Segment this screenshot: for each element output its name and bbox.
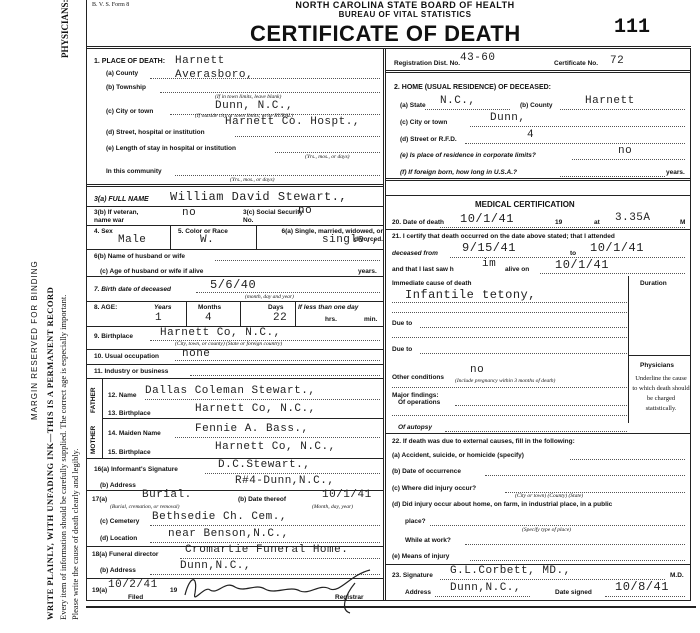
home-state-value: N.C., — [440, 95, 476, 107]
certificate-number-label: Certificate No. — [554, 60, 598, 67]
death-township-value: Averasboro, — [175, 69, 253, 81]
external-d-label: (d) Did injury occur about home, on farm… — [392, 501, 612, 508]
death-stay-line — [275, 152, 380, 153]
spouse-label: 6(b) Name of husband or wife — [94, 253, 185, 260]
attended-to-label: to — [570, 250, 576, 257]
registration-dist-label: Registration Dist. No. — [394, 60, 460, 67]
age-months-label: Months — [198, 304, 221, 311]
marital-value: single., — [322, 234, 379, 246]
home-city-label: (c) City or town — [400, 119, 447, 126]
registration-rule — [386, 70, 691, 73]
external-e-line — [470, 560, 685, 561]
death-time-m: M — [680, 219, 685, 226]
death-city-label: (c) City or town — [106, 108, 153, 115]
death-time-value: 3.35A — [615, 212, 651, 224]
industry-line — [190, 375, 380, 376]
home-state-label: (a) State — [400, 102, 426, 109]
external-a-line — [570, 459, 685, 460]
last-saw-label: and that I last saw h — [392, 266, 454, 273]
immediate-cause-value: Infantile tetony, — [405, 288, 536, 302]
due-to-2-label: Due to — [392, 346, 412, 353]
immediate-cause-label: Immediate cause of death — [392, 280, 471, 287]
birthplace-value: Harnett Co, N.C., — [160, 327, 281, 339]
age-days-value: 22 — [273, 312, 287, 324]
rule — [386, 195, 691, 196]
operations-line-2 — [392, 415, 627, 416]
birth-date-value: 5/6/40 — [210, 278, 256, 292]
filed-date-value: 10/2/41 — [108, 579, 158, 591]
funeral-director-label: 18(a) Funeral director — [92, 551, 158, 558]
attended-from-value: 9/15/41 — [462, 241, 516, 255]
disposition-label: 17(a) — [92, 496, 107, 503]
rule — [86, 225, 384, 226]
father-name-label: 12. Name — [108, 392, 137, 399]
age-years-label: Years — [154, 304, 171, 311]
date-signed-label: Date signed — [555, 589, 592, 596]
full-name-label: 3(a) FULL NAME — [94, 196, 149, 203]
other-conditions-note: (Include pregnancy within 3 months of de… — [455, 378, 555, 384]
ssn-label: 3(c) Social Security No. — [243, 209, 305, 225]
duration-label: Duration — [640, 280, 667, 287]
birth-date-note: (month, day and year) — [245, 294, 294, 300]
birthplace-label: 9. Birthplace — [94, 333, 133, 340]
rule — [186, 302, 187, 326]
home-foreign-label: (f) If foreign born, how long in U.S.A.? — [400, 169, 517, 176]
external-heading: 22. If death was due to external causes,… — [392, 438, 575, 445]
rule — [295, 302, 296, 326]
informant-signature-label: 16(a) Informant's Signature — [94, 466, 178, 473]
death-county-value: Harnett — [175, 55, 225, 67]
section-rule-right — [386, 178, 691, 181]
margin-info-line: Every item of information should be care… — [58, 295, 68, 620]
mother-birthplace-label: 15. Birthplace — [108, 449, 151, 456]
autopsy-label: Of autopsy — [398, 424, 432, 431]
while-at-work-label: While at work? — [405, 537, 451, 544]
location-label: (d) Location — [100, 535, 137, 542]
home-street-line — [465, 143, 685, 144]
home-city-line — [470, 126, 685, 127]
death-township-line — [160, 92, 380, 93]
date-signed-line — [605, 596, 685, 597]
occupation-label: 10. Usual occupation — [94, 353, 159, 360]
medical-heading: MEDICAL CERTIFICATION — [475, 200, 575, 209]
spouse-line — [215, 260, 380, 261]
while-at-work-line — [465, 544, 685, 545]
informant-signature-line — [205, 473, 380, 474]
alive-on-value: 10/1/41 — [555, 258, 609, 272]
major-findings-label: Major findings: — [392, 392, 439, 399]
rule — [86, 378, 384, 379]
home-foreign-line — [560, 176, 665, 177]
veteran-value: no — [182, 207, 196, 219]
home-corporate-label: (e) Is place of residence in corporate l… — [400, 152, 536, 159]
bottom-rule — [86, 600, 691, 601]
form-number: B. V. S. Form 8 — [92, 2, 129, 8]
death-stay-note: (Yrs., mos., or days) — [305, 154, 349, 160]
rule — [386, 433, 691, 434]
external-c-label: (c) Where did injury occur? — [392, 485, 476, 492]
cemetery-value: Bethsedie Ch. Cem., — [152, 511, 287, 523]
external-e-label: (e) Means of injury — [392, 553, 449, 560]
home-heading: 2. HOME (USUAL RESIDENCE) OF DECEASED: — [394, 84, 551, 91]
stamp-number: 111 — [614, 16, 650, 39]
alive-on-line — [540, 273, 685, 274]
signature-address-label: Address — [405, 589, 431, 596]
death-time-at: at — [594, 219, 600, 226]
due-to-1-line — [420, 327, 627, 328]
other-conditions-label: Other conditions — [392, 374, 444, 381]
other-conditions-value: no — [470, 364, 484, 376]
due-to-2-line — [420, 353, 627, 354]
due-to-1-line-2 — [392, 337, 627, 338]
father-name-value: Dallas Coleman Stewart., — [145, 385, 315, 397]
location-value: near Benson,N.C., — [168, 528, 289, 540]
informant-address-value: R#4-Dunn,N.C., — [235, 475, 334, 487]
father-name-line — [145, 399, 380, 400]
funeral-address-label: (b) Address — [100, 567, 136, 574]
birth-date-line — [196, 292, 380, 293]
father-birthplace-value: Harnett Co, N.C., — [195, 403, 316, 415]
death-county-label: (a) County — [106, 70, 138, 77]
death-township-label: (b) Township — [106, 84, 146, 91]
mother-name-value: Fennie A. Bass., — [195, 423, 309, 435]
attended-from-label: deceased from — [392, 250, 438, 257]
disposition-value: Burial. — [142, 489, 192, 501]
rule — [386, 229, 691, 230]
cemetery-line — [150, 525, 380, 526]
death-stay-label: (e) Length of stay in hospital or instit… — [106, 145, 236, 152]
death-street-value: Harnett Co. Hospt., — [225, 116, 360, 128]
home-corporate-line — [572, 159, 685, 160]
spouse-age-label: (c) Age of husband or wife if alive — [100, 268, 203, 275]
informant-address-label: (b) Address — [100, 482, 136, 489]
registration-dist-value: 43-60 — [460, 52, 496, 64]
filed-nineteen: 19 — [170, 587, 177, 594]
age-years-value: 1 — [155, 312, 162, 324]
margin-write-plainly: WRITE PLAINLY, WITH UNFADING INK—THIS IS… — [45, 287, 55, 620]
filed-label: 19(a) — [92, 587, 107, 594]
certify-text: 21. I certify that death occurred on the… — [392, 233, 615, 240]
home-county-line — [560, 109, 685, 110]
rule — [86, 349, 384, 350]
signature-value: G.L.Corbett, MD., — [450, 565, 571, 577]
rule — [102, 418, 384, 419]
less-than-day-label: If less than one day — [298, 304, 358, 311]
funeral-director-value: Cromartie Funeral Home. — [185, 544, 348, 556]
certificate-number-value: 72 — [610, 55, 624, 67]
external-b-line — [485, 475, 685, 476]
column-divider — [383, 48, 386, 600]
operations-line — [455, 405, 627, 406]
death-date-line — [440, 227, 685, 228]
operations-label: Of operations — [398, 399, 440, 406]
age-months-value: 4 — [205, 312, 212, 324]
attended-to-value: 10/1/41 — [590, 241, 644, 255]
ssn-value: no — [298, 205, 312, 217]
mother-birthplace-value: Harnett Co, N.C., — [215, 441, 336, 453]
signature-address-value: Dunn,N.C., — [450, 582, 521, 594]
spouse-age-suffix: years. — [358, 268, 377, 275]
cause-line-2 — [392, 312, 627, 313]
race-value: W. — [200, 234, 214, 246]
signature-md: M.D. — [670, 572, 684, 579]
frame-right — [690, 48, 691, 600]
location-line — [150, 542, 380, 543]
place-of-death-heading: 1. PLACE OF DEATH: — [94, 58, 165, 65]
header-rule — [86, 46, 691, 49]
due-to-1-label: Due to — [392, 320, 412, 327]
rule — [240, 302, 241, 326]
death-date-nineteen: 19 — [555, 219, 562, 226]
death-city-value: Dunn, N.C., — [215, 100, 293, 112]
external-c-note: (City or town) (County) (State) — [515, 493, 583, 499]
home-corporate-value: no — [618, 145, 632, 157]
full-name-value: William David Stewart., — [170, 190, 347, 204]
autopsy-line — [445, 431, 627, 432]
rule — [86, 206, 384, 207]
home-street-label: (d) Street or R.F.D. — [400, 136, 457, 143]
industry-label: 11. Industry or business — [94, 368, 168, 375]
rule — [86, 364, 384, 365]
home-county-label: (b) County — [520, 102, 553, 109]
disposition-date-value: 10/1/41 — [322, 489, 372, 501]
age-days-label: Days — [268, 304, 284, 311]
min-label: min. — [364, 316, 377, 323]
rule — [170, 225, 171, 249]
mother-name-label: 14. Maiden Name — [108, 430, 161, 437]
rule — [86, 276, 384, 277]
physician-box-text: Underline the cause to which death shoul… — [632, 374, 690, 414]
last-saw-value: im — [482, 258, 496, 270]
disposition-date-label: (b) Date thereof — [238, 496, 286, 503]
rule — [86, 301, 384, 302]
occupation-line — [175, 360, 380, 361]
birthplace-note: (City, town, or county) (State or foreig… — [175, 341, 282, 347]
external-a-label: (a) Accident, suicide, or homicide (spec… — [392, 452, 524, 459]
home-state-line — [425, 109, 510, 110]
cause-line — [392, 302, 627, 303]
home-street-value: 4 — [527, 129, 534, 141]
mother-name-line — [175, 437, 380, 438]
funeral-director-line — [180, 558, 380, 559]
death-street-line — [235, 136, 380, 137]
father-birthplace-label: 13. Birthplace — [108, 410, 151, 417]
father-tag: FATHER — [90, 387, 97, 413]
other-line — [392, 387, 627, 388]
margin-cause-line: Please write the cause of death clearly … — [70, 448, 80, 620]
page-title: CERTIFICATE OF DEATH — [250, 21, 521, 47]
home-foreign-suffix: years. — [666, 169, 685, 176]
cemetery-label: (c) Cemetery — [100, 518, 139, 525]
age-label: 8. AGE: — [94, 304, 117, 311]
signature-address-line — [435, 596, 530, 597]
bureau-name: BUREAU OF VITAL STATISTICS — [255, 10, 555, 19]
margin-physicians: PHYSICIANS: — [60, 0, 70, 58]
disposition-note: (Burial, cremation, or removal) — [110, 504, 179, 510]
mother-tag: MOTHER — [90, 426, 97, 454]
rule — [86, 249, 384, 250]
hrs-label: hrs. — [325, 316, 337, 323]
external-b-label: (b) Date of occurrence — [392, 468, 461, 475]
home-city-value: Dunn, — [490, 112, 526, 124]
death-community-line — [175, 175, 380, 176]
birth-date-label: 7. Birth date of deceased — [94, 286, 171, 293]
death-street-label: (d) Street, hospital or institution — [106, 129, 205, 136]
external-d-label2: place? — [405, 518, 426, 525]
home-county-value: Harnett — [585, 95, 635, 107]
death-community-note: (Yrs., mos., or days) — [230, 177, 274, 183]
signature-label: 23. Signature — [392, 572, 433, 579]
external-d-note: (Specify type of place) — [522, 527, 571, 533]
death-community-label: In this community — [106, 168, 162, 175]
duration-divider — [628, 276, 629, 423]
veteran-label: 3(b) If veteran, name war — [94, 209, 154, 225]
date-signed-value: 10/8/41 — [615, 580, 669, 594]
physician-box-title: Physicians — [640, 362, 674, 369]
rule — [256, 225, 257, 249]
sex-value: Male — [118, 234, 146, 246]
bottom-rule-2 — [86, 606, 696, 608]
rule — [628, 355, 691, 356]
informant-signature-value: D.C.Stewart., — [218, 459, 310, 471]
sex-label: 4. Sex — [94, 228, 113, 235]
disposition-date-note: (Month, day, year) — [312, 504, 353, 510]
death-date-label: 20. Date of death — [392, 219, 444, 226]
margin-reserved: MARGIN RESERVED FOR BINDING — [30, 260, 39, 420]
death-date-value: 10/1/41 — [460, 212, 514, 226]
section-rule-left — [86, 184, 384, 187]
occupation-value: none — [182, 348, 210, 360]
external-d-line — [430, 525, 685, 526]
board-name: NORTH CAROLINA STATE BOARD OF HEALTH — [255, 0, 555, 10]
alive-on-label: alive on — [505, 266, 529, 273]
frame-left — [86, 0, 87, 600]
